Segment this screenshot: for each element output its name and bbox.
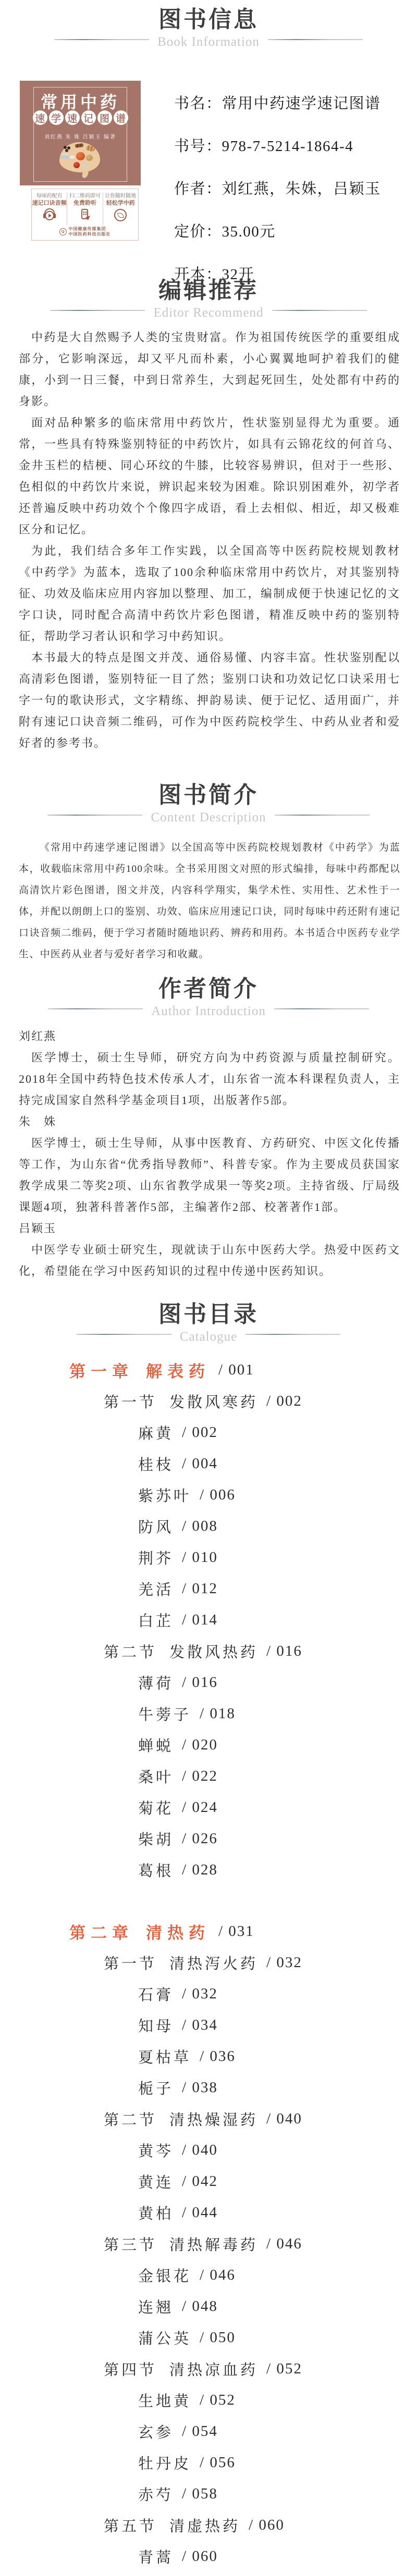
paragraph: 本书最大的特点是图文并茂、通俗易懂、内容丰富。性状鉴别配以高清彩色图谱，鉴别特征…	[19, 647, 400, 754]
decor-line-left	[77, 1334, 171, 1335]
catalogue-name: 黄连	[138, 2171, 174, 2192]
catalogue-name: 石膏	[138, 1983, 174, 2005]
book-info-line: 作者：刘红燕，朱姝，吕颖玉	[174, 168, 381, 210]
catalogue-row-drug: 防风/ 008	[0, 1510, 417, 1542]
catalogue-name: 清热药	[146, 1920, 210, 1943]
catalogue-row-drug: 柴胡/ 026	[0, 1823, 417, 1854]
catalogue-page-number: / 004	[182, 1455, 218, 1472]
open-book-icon	[114, 208, 127, 222]
catalogue-name: 发散风热药	[169, 1641, 258, 1662]
catalogue-page-number: / 056	[200, 2454, 236, 2471]
catalogue-page-number: / 046	[200, 2267, 236, 2284]
catalogue-page-number: / 052	[200, 2392, 236, 2409]
decor-line-left	[54, 39, 149, 40]
section-subtitle-row: Catalogue	[0, 1330, 417, 1344]
catalogue-name: 清虚热药	[169, 2515, 240, 2536]
catalogue-row-section: 第二节清热燥湿药/ 040	[0, 2103, 417, 2134]
cover-feature-panel: 每味药配有 速记口诀音频 扫二维码即可 免费聆听 让你随时随地	[31, 189, 139, 241]
catalogue-page-number: / 020	[182, 1736, 218, 1754]
section-subtitle-row: Author Introduction	[0, 1005, 417, 1018]
book-info-line: 定价：35.00元	[174, 210, 381, 253]
catalogue-row-section: 第四节清热凉血药/ 052	[0, 2353, 417, 2384]
catalogue-row-drug: 葛根/ 028	[0, 1854, 417, 1885]
catalogue-name: 牡丹皮	[138, 2452, 191, 2473]
decor-line-right	[246, 1334, 340, 1335]
catalogue-label: 第二节	[104, 1641, 157, 1662]
catalogue-row-drug: 牡丹皮/ 056	[0, 2447, 417, 2478]
catalogue-page-number: / 054	[182, 2423, 218, 2440]
headphones-icon	[43, 208, 56, 222]
catalogue-page-number: / 044	[182, 2204, 218, 2221]
catalogue-page-number: / 036	[200, 2048, 236, 2065]
catalogue-name: 黄柏	[138, 2202, 174, 2223]
herb-orange-fruit	[76, 152, 85, 160]
content-description-body: 《常用中药速学速记图谱》以全国高等中医药院校规划教材《中药学》为蓝本，收载临床常…	[19, 837, 400, 965]
cover-subtitle-char: 图	[97, 110, 112, 125]
catalogue-page-number: / 052	[266, 2360, 302, 2378]
publisher-name-line1: 中国健康传媒集团	[69, 227, 106, 231]
catalogue-page-number: / 040	[266, 2110, 302, 2128]
catalogue-row-section: 第一节清热泻火药/ 032	[0, 1947, 417, 1978]
catalogue-page-number: / 060	[182, 2548, 218, 2565]
catalogue-row-drug: 桂枝/ 004	[0, 1448, 417, 1479]
publisher-logo: 中国健康传媒集团 中国医药科技出版社	[32, 227, 138, 237]
catalogue-name: 清热凉血药	[169, 2358, 258, 2380]
paragraph: 面对品种繁多的临床常用中药饮片，性状鉴别显得尤为重要。通常，一些具有特殊鉴别特征…	[19, 412, 400, 540]
catalogue-name: 知母	[138, 2015, 174, 2036]
section-subtitle-en: Editor Recommend	[153, 306, 263, 320]
product-description-page: 图书信息 Book Information 常用中药 速学速记图谱 刘红燕 朱 …	[0, 0, 417, 2576]
catalogue-name: 生地黄	[138, 2390, 191, 2411]
catalogue-page-number: / 002	[182, 1424, 218, 1441]
catalogue-row-drug: 薄荷/ 016	[0, 1667, 417, 1698]
catalogue-label: 第一章	[69, 1358, 133, 1382]
catalogue-page-number: / 010	[182, 1549, 218, 1566]
catalogue-page-number: / 014	[182, 1611, 218, 1629]
catalogue-row-drug: 白芷/ 014	[0, 1604, 417, 1635]
book-info-list: 书名：常用中药速学速记图谱书号：978-7-5214-1864-4作者：刘红燕，…	[174, 82, 381, 296]
catalogue-name: 菊花	[138, 1797, 174, 1818]
section-header-editor-recommend: 编辑推荐 Editor Recommend	[0, 278, 417, 320]
catalogue-row-drug: 知母/ 034	[0, 2009, 417, 2041]
catalogue-name: 麻黄	[138, 1422, 174, 1443]
catalogue-row-drug: 蒲公英/ 050	[0, 2322, 417, 2353]
herb-slice	[69, 155, 75, 160]
catalogue-row-drug: 紫苏叶/ 006	[0, 1479, 417, 1510]
catalogue-row-drug: 羌活/ 012	[0, 1573, 417, 1604]
catalogue-row-drug: 连翘/ 048	[0, 2291, 417, 2322]
catalogue-page-number: / 008	[182, 1518, 218, 1535]
catalogue-label: 第一节	[104, 1391, 157, 1412]
section-subtitle-en: Book Information	[157, 35, 260, 49]
catalogue-name: 发散风寒药	[169, 1391, 258, 1412]
feature-line2: 免费聆听	[67, 199, 102, 207]
catalogue-row-drug: 荆芥/ 010	[0, 1542, 417, 1573]
cover-authors-line: 刘红燕 朱 姝 吕颖玉 编著	[20, 132, 141, 140]
catalogue-name: 桂枝	[138, 1453, 174, 1474]
catalogue-page-number: / 016	[266, 1643, 302, 1660]
catalogue-page-number: / 060	[249, 2517, 285, 2534]
section-title: 图书信息	[0, 7, 417, 32]
catalogue-page-number: / 002	[266, 1393, 302, 1410]
catalogue-page-number: / 046	[266, 2235, 302, 2253]
catalogue-row-drug: 黄芩/ 040	[0, 2134, 417, 2166]
catalogue-page-number: / 016	[182, 1674, 218, 1691]
section-subtitle-row: Editor Recommend	[0, 306, 417, 320]
feature-line1: 每味药配有	[32, 193, 67, 199]
author-introduction-body: 刘红燕医学博士，硕士生导师，研究方向为中药资源与质量控制研究。2018年全国中药…	[19, 1026, 400, 1282]
catalogue-page-number: / 006	[200, 1486, 236, 1504]
catalogue-name: 青蒿	[138, 2546, 174, 2567]
catalogue-row-drug: 栀子/ 038	[0, 2072, 417, 2103]
cover-title: 常用中药	[20, 89, 141, 113]
catalogue-page-number: / 028	[182, 1861, 218, 1879]
catalogue-name: 赤芍	[138, 2483, 174, 2505]
decor-line-left	[50, 310, 145, 311]
paragraph: 为此，我们结合多年工作实践，以全国高等中医药院校规划教材《中药学》为蓝本，选取了…	[19, 540, 400, 647]
catalogue-page-number: / 050	[200, 2329, 236, 2346]
catalogue-name: 蝉蜕	[138, 1734, 174, 1756]
catalogue-name: 防风	[138, 1516, 174, 1537]
cover-subtitle-char: 速	[65, 110, 80, 125]
cover-subtitle-circles: 速学速记图谱	[20, 110, 141, 125]
catalogue-name: 黄芩	[138, 2140, 174, 2161]
catalogue-name: 玄参	[138, 2421, 174, 2442]
publisher-name-line2: 中国医药科技出版社	[69, 232, 111, 236]
section-title: 作者简介	[0, 977, 417, 1002]
section-header-catalogue: 图书目录 Catalogue	[0, 1302, 417, 1344]
catalogue-row-section: 第五节清虚热药/ 060	[0, 2509, 417, 2541]
catalogue-name: 清热解毒药	[169, 2233, 258, 2255]
catalogue-page-number: / 022	[182, 1768, 218, 1785]
section-subtitle-en: Content Description	[151, 811, 266, 824]
catalogue-row-drug: 蝉蜕/ 020	[0, 1729, 417, 1760]
catalogue-row-drug: 青蒿/ 060	[0, 2541, 417, 2572]
catalogue-page-number: / 001	[218, 1361, 254, 1379]
publisher-name: 中国健康传媒集团 中国医药科技出版社	[69, 227, 111, 237]
catalogue-row-drug: 金银花/ 046	[0, 2259, 417, 2291]
author-bio: 医学博士，硕士生导师，从事中医教育、方药研究、中医文化传播等工作，为山东省“优秀…	[19, 1132, 400, 1218]
catalogue-row-drug: 桑叶/ 022	[0, 1760, 417, 1792]
catalogue-list: 第一章解表药/ 001第一节发散风寒药/ 002麻黄/ 002桂枝/ 004紫苏…	[0, 1354, 417, 2572]
feature-col-audio: 每味药配有 速记口诀音频	[32, 193, 67, 225]
catalogue-page-number: / 040	[182, 2142, 218, 2159]
catalogue-name: 牛蒡子	[138, 1703, 191, 1724]
catalogue-row-drug: 黄连/ 042	[0, 2166, 417, 2197]
catalogue-page-number: / 026	[182, 1830, 218, 1847]
catalogue-page-number: / 031	[218, 1923, 254, 1940]
section-subtitle-en: Catalogue	[180, 1330, 237, 1344]
catalogue-name: 清热泻火药	[169, 1952, 258, 1973]
catalogue-label: 第一节	[104, 1952, 157, 1973]
herb-tan-ball	[86, 155, 93, 161]
author-name: 刘红燕	[19, 1026, 400, 1047]
paragraph: 中药是大自然赐予人类的宝贵财富。作为祖国传统医学的重要组成部分，它影响深远，却又…	[19, 327, 400, 412]
catalogue-name: 柴胡	[138, 1828, 174, 1849]
catalogue-name: 薄荷	[138, 1672, 174, 1693]
book-info-line: 书号：978-7-5214-1864-4	[174, 125, 381, 168]
publisher-logo-icon	[59, 228, 67, 235]
section-title: 图书简介	[0, 783, 417, 808]
catalogue-page-number: / 018	[200, 1705, 236, 1722]
catalogue-page-number: / 024	[182, 1799, 218, 1816]
decor-line-left	[48, 1008, 143, 1009]
catalogue-row-chapter: 第一章解表药/ 001	[0, 1354, 417, 1385]
catalogue-name: 解表药	[146, 1358, 210, 1382]
feature-line2: 速记口诀音频	[32, 199, 67, 207]
catalogue-name: 清热燥湿药	[169, 2108, 258, 2130]
catalogue-name: 夏枯草	[138, 2046, 191, 2067]
section-title: 编辑推荐	[0, 278, 417, 303]
catalogue-name: 蒲公英	[138, 2327, 191, 2348]
brain-stem	[82, 169, 89, 179]
decor-line-right	[272, 310, 367, 311]
catalogue-row-section: 第一节发散风寒药/ 002	[0, 1385, 417, 1417]
catalogue-row-section: 第三节清热解毒药/ 046	[0, 2228, 417, 2259]
author-name: 吕颖玉	[19, 1218, 400, 1239]
brain-illustration	[58, 141, 102, 180]
catalogue-name: 羌活	[138, 1578, 174, 1599]
cover-subtitle-char: 记	[81, 110, 96, 125]
catalogue-row-drug: 石膏/ 032	[0, 1978, 417, 2009]
feature-columns: 每味药配有 速记口诀音频 扫二维码即可 免费聆听 让你随时随地	[32, 193, 138, 225]
catalogue-name: 金银花	[138, 2265, 191, 2286]
catalogue-page-number: / 012	[182, 1580, 218, 1597]
feature-col-qrcode: 扫二维码即可 免费聆听	[67, 193, 102, 225]
section-header-book-info: 图书信息 Book Information	[0, 7, 417, 49]
book-info-line: 书名：常用中药速学速记图谱	[174, 82, 381, 125]
book-cover-image: 常用中药 速学速记图谱 刘红燕 朱 姝 吕颖玉 编著 每味药配有	[20, 81, 141, 241]
editor-recommend-body: 中药是大自然赐予人类的宝贵财富。作为祖国传统医学的重要组成部分，它影响深远，却又…	[19, 327, 400, 754]
author-name: 朱 姝	[19, 1111, 400, 1132]
catalogue-row-section: 第二节发散风热药/ 016	[0, 1635, 417, 1667]
author-bio: 中医学专业硕士研究生，现就读于山东中医药大学。热爱中医药文化，希望能在学习中医药…	[19, 1239, 400, 1282]
catalogue-name: 栀子	[138, 2077, 174, 2098]
feature-line1: 扫二维码即可	[67, 193, 102, 199]
catalogue-name: 紫苏叶	[138, 1484, 191, 1506]
catalogue-page-number: / 042	[182, 2173, 218, 2190]
decor-line-right	[274, 1008, 369, 1009]
catalogue-row-drug: 生地黄/ 052	[0, 2384, 417, 2416]
section-title: 图书目录	[0, 1302, 417, 1327]
catalogue-label: 第四节	[104, 2358, 157, 2380]
catalogue-page-number: / 048	[182, 2298, 218, 2315]
catalogue-label: 第三节	[104, 2233, 157, 2255]
cover-front: 常用中药 速学速记图谱 刘红燕 朱 姝 吕颖玉 编著	[20, 81, 141, 185]
herb-poria-cube	[62, 154, 68, 159]
catalogue-row-drug: 菊花/ 024	[0, 1792, 417, 1823]
feature-line2: 轻松学中药	[103, 199, 138, 207]
catalogue-row-drug: 麻黄/ 002	[0, 1417, 417, 1448]
herb-red-berry	[73, 162, 80, 168]
decor-line-left	[47, 815, 142, 816]
decor-line-right	[275, 815, 370, 816]
cover-subtitle-char: 谱	[114, 110, 128, 125]
catalogue-page-number: / 032	[266, 1954, 302, 1971]
catalogue-name: 葛根	[138, 1859, 174, 1881]
catalogue-name: 连翘	[138, 2296, 174, 2317]
author-bio: 医学博士，硕士生导师，研究方向为中药资源与质量控制研究。2018年全国中药特色技…	[19, 1047, 400, 1111]
section-subtitle-en: Author Introduction	[151, 1005, 266, 1018]
decor-line-right	[268, 39, 363, 40]
catalogue-row-drug: 黄柏/ 044	[0, 2197, 417, 2228]
catalogue-page-number: / 058	[182, 2485, 218, 2503]
section-header-content-description: 图书简介 Content Description	[0, 783, 417, 824]
catalogue-page-number: / 034	[182, 2017, 218, 2034]
feature-col-learn: 让你随时随地 轻松学中药	[103, 193, 138, 225]
section-subtitle-row: Content Description	[0, 811, 417, 824]
catalogue-row-drug: 赤芍/ 058	[0, 2478, 417, 2509]
cover-subtitle-char: 速	[33, 110, 47, 125]
cover-subtitle-char: 学	[49, 110, 64, 125]
catalogue-label: 第二节	[104, 2108, 157, 2130]
catalogue-row-chapter: 第二章清热药/ 031	[0, 1916, 417, 1947]
catalogue-page-number: / 032	[182, 1985, 218, 2003]
catalogue-row-drug: 牛蒡子/ 018	[0, 1698, 417, 1729]
qr-phone-icon	[78, 208, 92, 222]
catalogue-name: 桑叶	[138, 1766, 174, 1787]
catalogue-row-drug: 玄参/ 054	[0, 2416, 417, 2447]
herb-berries	[64, 146, 67, 149]
catalogue-label: 第二章	[69, 1920, 133, 1943]
catalogue-row-drug: 夏枯草/ 036	[0, 2041, 417, 2072]
catalogue-page-number: / 038	[182, 2079, 218, 2096]
catalogue-name: 白芷	[138, 1609, 174, 1631]
section-header-author-introduction: 作者简介 Author Introduction	[0, 977, 417, 1018]
herb-gray-cube	[83, 164, 88, 168]
paragraph: 《常用中药速学速记图谱》以全国高等中医药院校规划教材《中药学》为蓝本，收载临床常…	[19, 837, 400, 965]
catalogue-name: 荆芥	[138, 1547, 174, 1568]
section-subtitle-row: Book Information	[0, 35, 417, 49]
feature-line1: 让你随时随地	[103, 193, 138, 199]
catalogue-label: 第五节	[104, 2515, 157, 2536]
